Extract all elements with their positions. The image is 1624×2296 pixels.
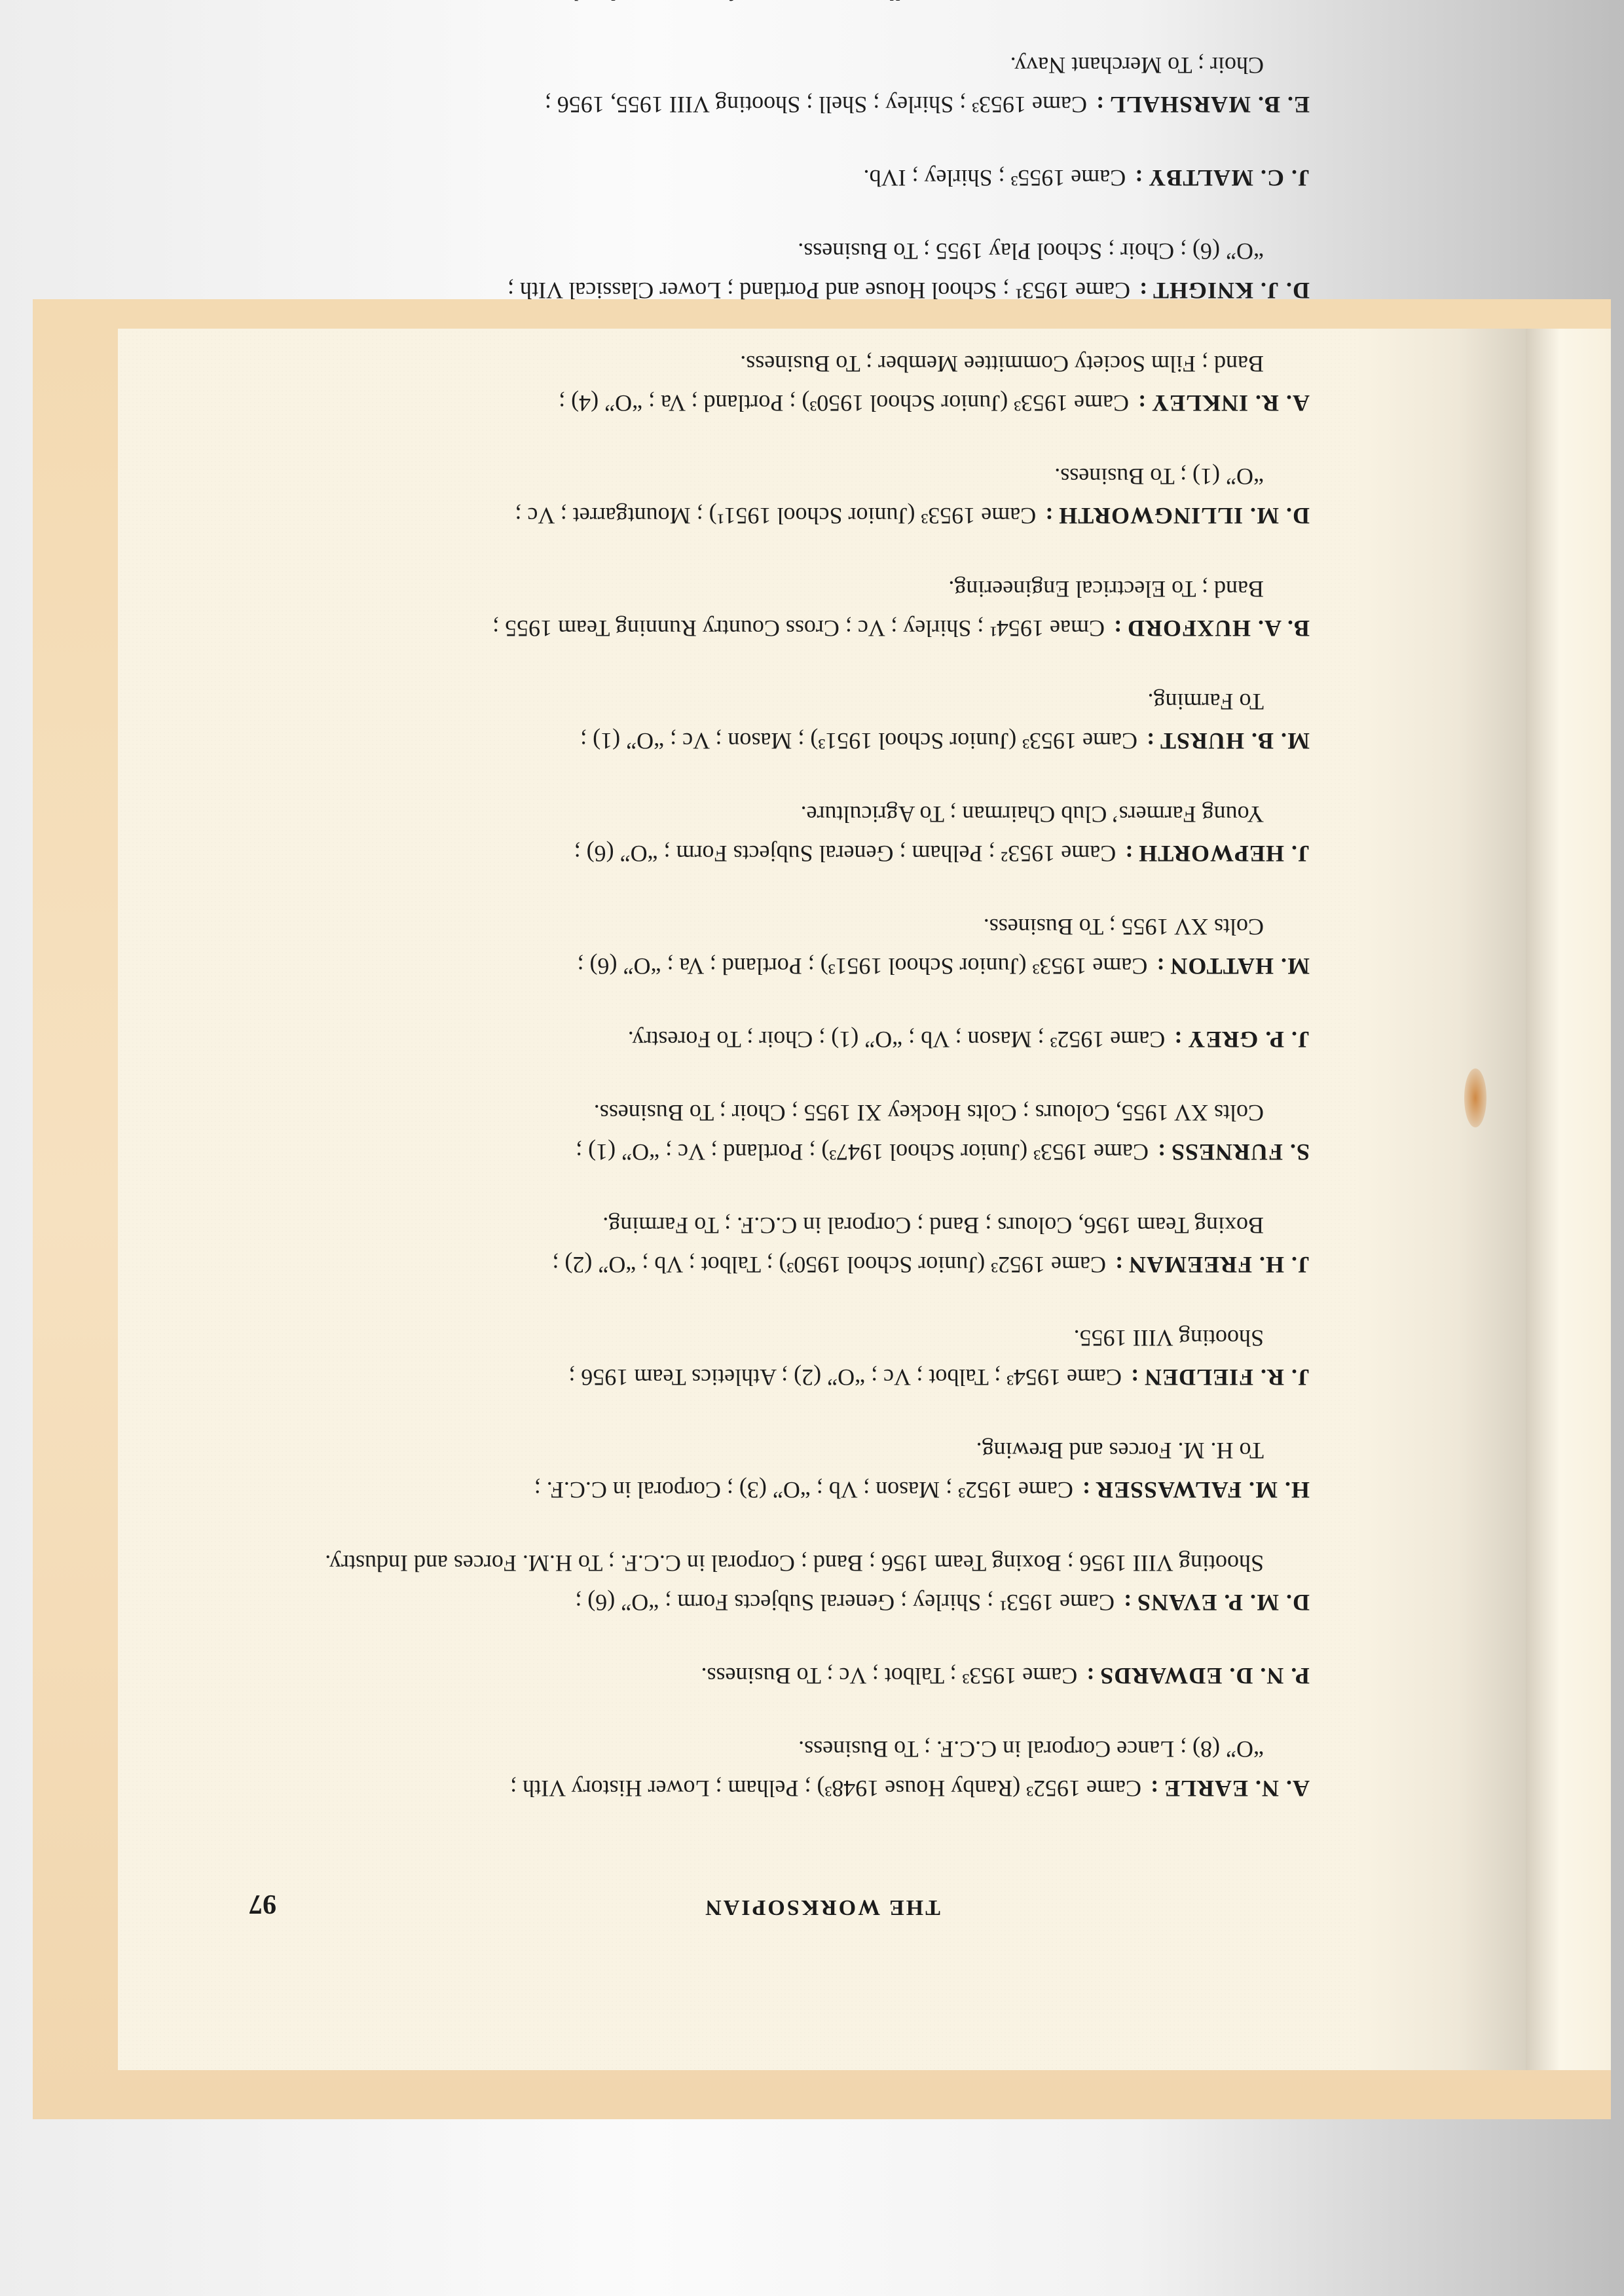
scanned-page-rotated: THE WORKSOPIAN 97 A. N. EARLE:Came 1952³… <box>0 0 1624 2296</box>
leaver-name: H. M. FALWASSER <box>1096 1477 1310 1503</box>
leaver-name: B. A. HUXFORD <box>1127 615 1310 642</box>
leaver-name: D. M. P. EVANS <box>1137 1590 1310 1616</box>
leaver-name: J. R. FIELDEN <box>1144 1364 1310 1391</box>
name-separator: : <box>1158 1139 1166 1165</box>
leaver-name: M. HATTON <box>1170 953 1310 979</box>
leaver-entry: H. M. FALWASSER:Came 1952³ ; Mason ; Vb … <box>79 1431 1310 1510</box>
entry-details: Came 1953¹ ; Shirley ; General Subjects … <box>575 1590 1115 1616</box>
leaver-entry: G. M. R. MATTHEW:Came 1951³ ; Pelham ; H… <box>79 0 1310 12</box>
entry-details-continued: “O” (8) ; Lance Corporal in C.C.F. ; To … <box>79 1730 1310 1769</box>
entry-details: Came 1955³ ; Shirley ; IVb. <box>864 165 1126 191</box>
name-separator: : <box>1045 503 1053 529</box>
entry-details: Came 1953³ (Junior School 1951¹) ; Mount… <box>515 503 1036 529</box>
entry-details-continued: Band ; Film Society Committee Member ; T… <box>79 344 1310 384</box>
entry-details: Came 1953³ ; Shirley ; Shell ; Shooting … <box>545 92 1087 118</box>
name-separator: : <box>1147 728 1154 754</box>
leavers-list: A. N. EARLE:Came 1952³ (Ranby House 1948… <box>79 0 1310 1808</box>
entry-details: Came 1953² ; Pelham ; General Subjects F… <box>574 841 1116 867</box>
entry-details-continued: Band ; To Electrical Engineering. <box>79 570 1310 609</box>
leaver-name: A. N. EARLE <box>1164 1776 1310 1802</box>
entry-details-continued: “O” (1) ; To Business. <box>79 457 1310 496</box>
leaver-entry: M. B. HURST:Came 1953³ (Junior School 19… <box>79 682 1310 761</box>
entry-details-continued: Colts XV 1955 ; To Business. <box>79 907 1310 947</box>
leaver-entry: P. N. D. EDWARDS:Came 1953³ ; Talbot ; V… <box>79 1656 1310 1696</box>
name-separator: : <box>1096 92 1104 118</box>
leaver-name: J. H. FREEMAN <box>1128 1252 1310 1278</box>
entry-details: Came 1953³ (Junior School 1950³) ; Portl… <box>559 390 1129 416</box>
book-page: THE WORKSOPIAN 97 A. N. EARLE:Came 1952³… <box>118 329 1526 2070</box>
entry-details: Came 1951³ ; Pelham ; House Prefect ; Ge… <box>523 0 1058 5</box>
running-title: THE WORKSOPIAN <box>118 1895 1526 1920</box>
name-separator: : <box>1131 1364 1139 1391</box>
leaver-entry: D. M. P. EVANS:Came 1953¹ ; Shirley ; Ge… <box>79 1544 1310 1622</box>
name-separator: : <box>1174 1027 1182 1053</box>
entry-details-continued: To H. M. Forces and Brewing. <box>79 1431 1310 1470</box>
leaver-name: D. J. KNIGHT <box>1153 278 1310 304</box>
name-separator: : <box>1156 953 1164 979</box>
name-separator: : <box>1082 1477 1090 1503</box>
entry-details-continued: Colts XV 1955, Colours ; Colts Hockey XI… <box>79 1093 1310 1133</box>
name-separator: : <box>1139 278 1147 304</box>
name-separator: : <box>1115 1252 1123 1278</box>
leaver-entry: S. FURNESS:Came 1953³ (Junior School 194… <box>79 1093 1310 1172</box>
entry-details: Came 1953¹ ; School House and Portland ;… <box>507 278 1130 304</box>
leaver-name: A. R. INKLEY <box>1151 390 1310 416</box>
leaver-name: M. B. HURST <box>1160 728 1310 754</box>
leaver-entry: J. P. GREY:Came 1952³ ; Mason ; Vb ; “O”… <box>79 1020 1310 1059</box>
leaver-entry: A. R. INKLEY:Came 1953³ (Junior School 1… <box>79 344 1310 423</box>
page-number: 97 <box>249 1888 276 1920</box>
leaver-entry: J. C. MALTBY:Came 1955³ ; Shirley ; IVb. <box>79 158 1310 198</box>
entry-details-continued: Young Farmers’ Club Chairman ; To Agricu… <box>79 795 1310 834</box>
entry-details: Came 1952³ (Ranby House 1948³) ; Pelham … <box>510 1776 1141 1802</box>
entry-details: Came 1952³ ; Mason ; Vb ; “O” (1) ; Choi… <box>628 1027 1166 1053</box>
leaver-entry: D. M. ILLINGWORTH:Came 1953³ (Junior Sch… <box>79 457 1310 536</box>
entry-details: Came 1953³ (Junior School 1951³) ; Mason… <box>580 728 1137 754</box>
entry-details: Came 1954³ ; Talbot ; Vc ; “O” (2) ; Ath… <box>568 1364 1122 1391</box>
leaver-name: P. N. D. EDWARDS <box>1099 1663 1310 1689</box>
leaver-name: E. B. MARSHALL <box>1109 92 1310 118</box>
leaver-name: J. HEPWORTH <box>1138 841 1310 867</box>
gutter-shadow <box>1356 329 1526 2070</box>
entry-details: Came 1952³ ; Mason ; Vb ; “O” (3) ; Corp… <box>534 1477 1073 1503</box>
leaver-name: G. M. R. MATTHEW <box>1080 0 1310 5</box>
leaver-entry: B. A. HUXFORD:Cmae 1954¹ ; Shirley ; Vc … <box>79 570 1310 648</box>
leaver-entry: J. HEPWORTH:Came 1953² ; Pelham ; Genera… <box>79 795 1310 873</box>
entry-details: Came 1953³ (Junior School 1951³) ; Portl… <box>578 953 1148 979</box>
entry-details-continued: Boxing Team 1956, Colours ; Band ; Corpo… <box>79 1206 1310 1245</box>
leaver-name: D. M. ILLINGWORTH <box>1058 503 1310 529</box>
entry-details-continued: “O” (6) ; Choir ; School Play 1955 ; To … <box>79 232 1310 271</box>
entry-details-continued: Shooting VIII 1955. <box>79 1319 1310 1358</box>
leaver-name: S. FURNESS <box>1171 1139 1310 1165</box>
page-header: THE WORKSOPIAN 97 <box>118 1880 1526 1920</box>
name-separator: : <box>1114 615 1122 642</box>
entry-details-continued: Shooting VIII 1956 ; Boxing Team 1956 ; … <box>79 1544 1310 1583</box>
leaver-name: J. P. GREY <box>1187 1027 1310 1053</box>
facing-page-edge <box>1526 329 1611 2070</box>
entry-details: Came 1953³ (Junior School 1947³) ; Portl… <box>576 1139 1149 1165</box>
entry-details-continued: Choir ; To Merchant Navy. <box>79 46 1310 85</box>
name-separator: : <box>1125 841 1133 867</box>
leaver-entry: A. N. EARLE:Came 1952³ (Ranby House 1948… <box>79 1730 1310 1808</box>
leaver-entry: D. J. KNIGHT:Came 1953¹ ; School House a… <box>79 232 1310 310</box>
name-separator: : <box>1151 1776 1158 1802</box>
leaver-name: J. C. MALTBY <box>1148 165 1310 191</box>
leaver-entry: M. HATTON:Came 1953³ (Junior School 1951… <box>79 907 1310 986</box>
leaver-entry: E. B. MARSHALL:Came 1953³ ; Shirley ; Sh… <box>79 46 1310 124</box>
name-separator: : <box>1138 390 1146 416</box>
rust-stain <box>1464 1068 1486 1127</box>
name-separator: : <box>1086 1663 1094 1689</box>
entry-details-continued: To Farming. <box>79 682 1310 721</box>
name-separator: : <box>1135 165 1143 191</box>
entry-details: Cmae 1954¹ ; Shirley ; Vc ; Cross Countr… <box>492 615 1105 642</box>
leaver-entry: J. R. FIELDEN:Came 1954³ ; Talbot ; Vc ;… <box>79 1319 1310 1397</box>
leaver-entry: J. H. FREEMAN:Came 1952³ (Junior School … <box>79 1206 1310 1285</box>
name-separator: : <box>1067 0 1075 5</box>
entry-details: Came 1953³ ; Talbot ; Vc ; To Business. <box>701 1663 1078 1689</box>
entry-details: Came 1952³ (Junior School 1950³) ; Talbo… <box>552 1252 1106 1278</box>
name-separator: : <box>1124 1590 1132 1616</box>
